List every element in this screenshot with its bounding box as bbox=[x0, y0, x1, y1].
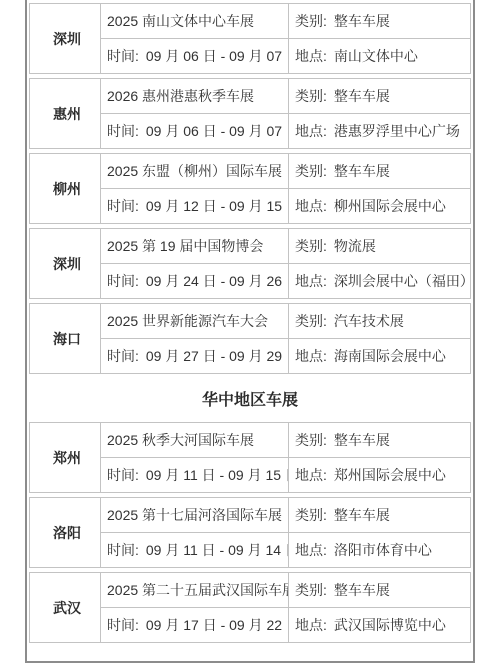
location-label: 地点: bbox=[295, 123, 327, 139]
time-cell: 时间:09 月 06 日 - 09 月 07 日 bbox=[101, 39, 289, 74]
exhibition-block-luoyang: 洛阳 2025 第十七届河洛国际车展 类别:整车车展 时间:09 月 11 日 … bbox=[29, 497, 471, 568]
location-cell: 地点:武汉国际博览中心 bbox=[289, 608, 471, 643]
exhibition-block-haikou: 海口 2025 世界新能源汽车大会 类别:汽车技术展 时间:09 月 27 日 … bbox=[29, 303, 471, 374]
location-value: 郑州国际会展中心 bbox=[334, 467, 446, 483]
location-cell: 地点:港惠罗浮里中心广场 bbox=[289, 114, 471, 149]
exhibition-block-wuhan: 武汉 2025 第二十五届武汉国际车展 类别:整车车展 时间:09 月 17 日… bbox=[29, 572, 471, 643]
time-label: 时间: bbox=[107, 198, 139, 214]
time-label: 时间: bbox=[107, 467, 139, 483]
location-label: 地点: bbox=[295, 48, 327, 64]
exhibition-table-container: 深圳 2025 南山文体中心车展 类别:整车车展 时间:09 月 06 日 - … bbox=[25, 0, 475, 663]
event-name-cell: 2025 世界新能源汽车大会 bbox=[101, 304, 289, 339]
category-value: 整车车展 bbox=[334, 13, 390, 29]
location-value: 南山文体中心 bbox=[334, 48, 418, 64]
location-value: 洛阳市体育中心 bbox=[334, 542, 432, 558]
time-value: 09 月 06 日 - 09 月 07 日 bbox=[146, 48, 289, 64]
location-cell: 地点:南山文体中心 bbox=[289, 39, 471, 74]
event-name-cell: 2025 第十七届河洛国际车展 bbox=[101, 498, 289, 533]
time-label: 时间: bbox=[107, 48, 139, 64]
location-value: 海南国际会展中心 bbox=[334, 348, 446, 364]
category-cell: 类别:整车车展 bbox=[289, 573, 471, 608]
location-cell: 地点:洛阳市体育中心 bbox=[289, 533, 471, 568]
location-label: 地点: bbox=[295, 467, 327, 483]
exhibition-block-shenzhen-1: 深圳 2025 南山文体中心车展 类别:整车车展 时间:09 月 06 日 - … bbox=[29, 3, 471, 74]
event-name-cell: 2025 东盟（柳州）国际车展 bbox=[101, 154, 289, 189]
category-label: 类别: bbox=[295, 313, 327, 329]
time-value: 09 月 11 日 - 09 月 15 日 bbox=[146, 467, 289, 483]
category-cell: 类别:整车车展 bbox=[289, 4, 471, 39]
category-label: 类别: bbox=[295, 238, 327, 254]
event-name-cell: 2026 惠州港惠秋季车展 bbox=[101, 79, 289, 114]
city-cell: 柳州 bbox=[30, 154, 101, 224]
exhibition-block-liuzhou: 柳州 2025 东盟（柳州）国际车展 类别:整车车展 时间:09 月 12 日 … bbox=[29, 153, 471, 224]
category-cell: 类别:汽车技术展 bbox=[289, 304, 471, 339]
city-cell: 郑州 bbox=[30, 423, 101, 493]
time-label: 时间: bbox=[107, 123, 139, 139]
time-cell: 时间:09 月 27 日 - 09 月 29 日 bbox=[101, 339, 289, 374]
location-label: 地点: bbox=[295, 542, 327, 558]
city-cell: 惠州 bbox=[30, 79, 101, 149]
time-value: 09 月 27 日 - 09 月 29 日 bbox=[146, 348, 289, 364]
category-label: 类别: bbox=[295, 582, 327, 598]
location-label: 地点: bbox=[295, 198, 327, 214]
event-name-cell: 2025 第二十五届武汉国际车展 bbox=[101, 573, 289, 608]
category-cell: 类别:整车车展 bbox=[289, 498, 471, 533]
time-value: 09 月 12 日 - 09 月 15 日 bbox=[146, 198, 289, 214]
city-cell: 海口 bbox=[30, 304, 101, 374]
time-value: 09 月 06 日 - 09 月 07 日 bbox=[146, 123, 289, 139]
category-value: 整车车展 bbox=[334, 432, 390, 448]
exhibition-block-zhengzhou: 郑州 2025 秋季大河国际车展 类别:整车车展 时间:09 月 11 日 - … bbox=[29, 422, 471, 493]
location-value: 深圳会展中心（福田） bbox=[334, 273, 471, 289]
location-label: 地点: bbox=[295, 617, 327, 633]
time-cell: 时间:09 月 17 日 - 09 月 22 日 bbox=[101, 608, 289, 643]
time-cell: 时间:09 月 24 日 - 09 月 26 日 bbox=[101, 264, 289, 299]
exhibition-block-huizhou: 惠州 2026 惠州港惠秋季车展 类别:整车车展 时间:09 月 06 日 - … bbox=[29, 78, 471, 149]
city-cell: 洛阳 bbox=[30, 498, 101, 568]
category-value: 整车车展 bbox=[334, 582, 390, 598]
time-cell: 时间:09 月 06 日 - 09 月 07 日 bbox=[101, 114, 289, 149]
category-cell: 类别:整车车展 bbox=[289, 79, 471, 114]
category-label: 类别: bbox=[295, 432, 327, 448]
category-label: 类别: bbox=[295, 13, 327, 29]
time-label: 时间: bbox=[107, 273, 139, 289]
time-cell: 时间:09 月 11 日 - 09 月 15 日 bbox=[101, 458, 289, 493]
category-value: 整车车展 bbox=[334, 163, 390, 179]
event-name-cell: 2025 秋季大河国际车展 bbox=[101, 423, 289, 458]
location-cell: 地点:海南国际会展中心 bbox=[289, 339, 471, 374]
location-cell: 地点:深圳会展中心（福田） bbox=[289, 264, 471, 299]
category-cell: 类别:整车车展 bbox=[289, 423, 471, 458]
location-cell: 地点:郑州国际会展中心 bbox=[289, 458, 471, 493]
category-cell: 类别:物流展 bbox=[289, 229, 471, 264]
category-cell: 类别:整车车展 bbox=[289, 154, 471, 189]
city-cell: 深圳 bbox=[30, 4, 101, 74]
category-value: 整车车展 bbox=[334, 88, 390, 104]
location-value: 武汉国际博览中心 bbox=[334, 617, 446, 633]
category-label: 类别: bbox=[295, 163, 327, 179]
location-cell: 地点:柳州国际会展中心 bbox=[289, 189, 471, 224]
time-value: 09 月 11 日 - 09 月 14 日 bbox=[146, 542, 289, 558]
time-value: 09 月 17 日 - 09 月 22 日 bbox=[146, 617, 289, 633]
category-value: 汽车技术展 bbox=[334, 313, 404, 329]
event-name-cell: 2025 第 19 届中国物博会 bbox=[101, 229, 289, 264]
location-label: 地点: bbox=[295, 348, 327, 364]
location-value: 港惠罗浮里中心广场 bbox=[334, 123, 460, 139]
category-value: 物流展 bbox=[334, 238, 376, 254]
city-cell: 武汉 bbox=[30, 573, 101, 643]
event-name-cell: 2025 南山文体中心车展 bbox=[101, 4, 289, 39]
category-label: 类别: bbox=[295, 507, 327, 523]
time-value: 09 月 24 日 - 09 月 26 日 bbox=[146, 273, 289, 289]
time-cell: 时间:09 月 12 日 - 09 月 15 日 bbox=[101, 189, 289, 224]
city-cell: 深圳 bbox=[30, 229, 101, 299]
section-header-central-china: 华中地区车展 bbox=[29, 378, 471, 418]
category-label: 类别: bbox=[295, 88, 327, 104]
time-label: 时间: bbox=[107, 348, 139, 364]
time-label: 时间: bbox=[107, 542, 139, 558]
exhibition-schedule-page: 深圳 2025 南山文体中心车展 类别:整车车展 时间:09 月 06 日 - … bbox=[0, 0, 500, 667]
location-value: 柳州国际会展中心 bbox=[334, 198, 446, 214]
time-cell: 时间:09 月 11 日 - 09 月 14 日 bbox=[101, 533, 289, 568]
category-value: 整车车展 bbox=[334, 507, 390, 523]
exhibition-block-shenzhen-2: 深圳 2025 第 19 届中国物博会 类别:物流展 时间:09 月 24 日 … bbox=[29, 228, 471, 299]
location-label: 地点: bbox=[295, 273, 327, 289]
time-label: 时间: bbox=[107, 617, 139, 633]
